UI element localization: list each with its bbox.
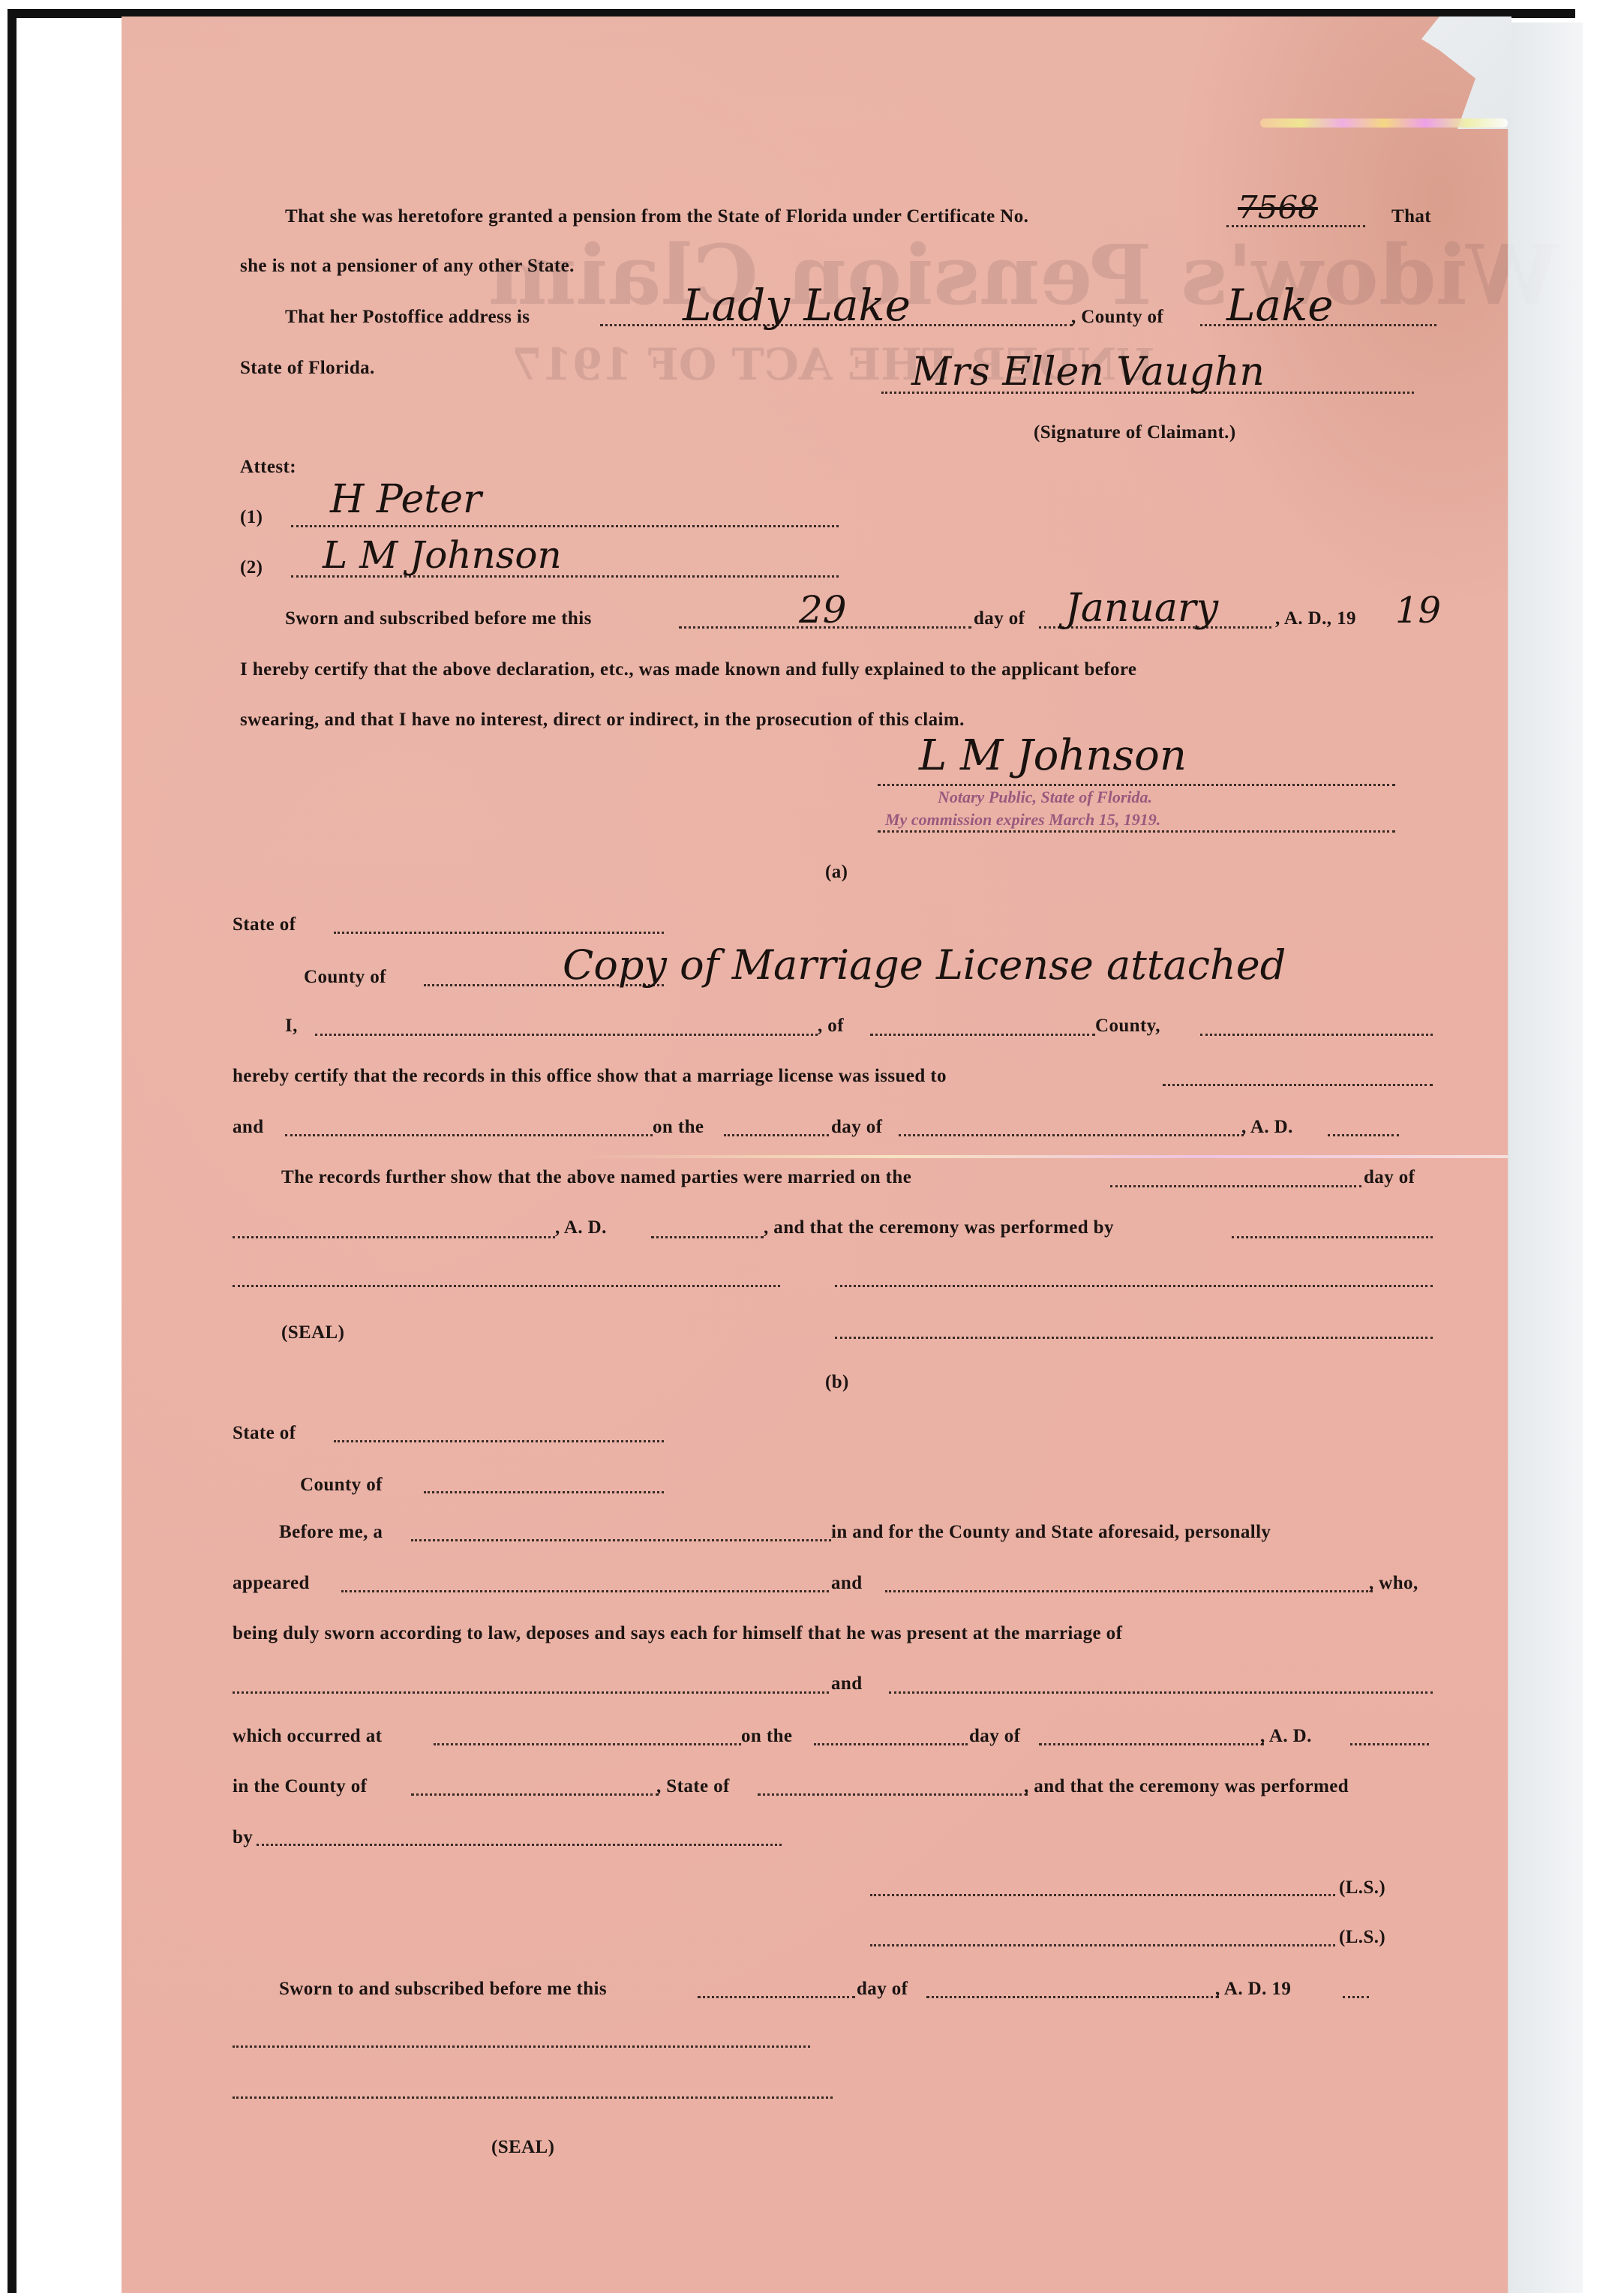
b-affiant-2-field: [885, 1590, 1373, 1592]
a-married-month-field: [233, 1236, 555, 1238]
a-year-field: [1328, 1134, 1399, 1136]
b-month-field: [1039, 1743, 1264, 1745]
sworn-prefix: Sworn and subscribed before me this: [285, 608, 592, 630]
section-a-heading: (a): [825, 861, 848, 884]
a-i-label: I,: [285, 1015, 298, 1037]
scan-glare: [1260, 119, 1508, 128]
witness-1-field: [291, 525, 839, 527]
b-county-field: [411, 1793, 659, 1796]
a-county-word: County,: [1095, 1015, 1160, 1037]
a-day-of-end: day of: [1364, 1166, 1415, 1189]
notary-stamp-commission: My commission expires March 15, 1919.: [885, 810, 1160, 830]
a-state-of-label: State of: [233, 914, 296, 936]
a-officiant-line-2: [835, 1285, 1433, 1287]
a-issued-to-field: [1163, 1084, 1433, 1086]
b-day-field: [814, 1743, 968, 1745]
a-state-of-field: [334, 932, 664, 934]
certificate-line-text: That she was heretofore granted a pensio…: [285, 206, 1028, 228]
witness-2-signature: L M Johnson: [323, 536, 562, 574]
b-and-label: and: [831, 1572, 863, 1595]
witness-1-number: (1): [240, 506, 263, 529]
a-month-field: [899, 1134, 1244, 1136]
a-records-further: The records further show that the above …: [281, 1166, 911, 1189]
a-day-of: day of: [831, 1116, 882, 1139]
b-by-label: by: [233, 1826, 253, 1849]
b-being-duly: being duly sworn according to law, depos…: [233, 1622, 1122, 1645]
b-ls-2: (L.S.): [1339, 1926, 1385, 1949]
a-and-label: and: [233, 1116, 264, 1139]
notary-signature: L M Johnson: [919, 735, 1187, 777]
certificate-no-value: 7568: [1238, 192, 1318, 224]
certificate-line-end: That: [1391, 206, 1431, 228]
b-sworn-ad19: , A. D. 19: [1215, 1978, 1291, 2000]
a-ad: , A. D.: [1241, 1116, 1293, 1139]
a-ceremony-text: , and that the ceremony was performed by: [764, 1217, 1114, 1239]
sworn-ad: , A. D., 19: [1275, 608, 1356, 630]
a-on-the: on the: [653, 1116, 704, 1139]
b-affiant-1-signature-line: [870, 1894, 1335, 1896]
claimant-signature: Mrs Ellen Vaughn: [911, 353, 1265, 392]
b-seal-label: (SEAL): [491, 2136, 554, 2159]
b-which-occurred: which occurred at: [233, 1725, 382, 1748]
a-of-label: , of: [818, 1015, 844, 1037]
b-sworn-to: Sworn to and subscribed before me this: [279, 1978, 607, 2000]
b-day-of: day of: [969, 1725, 1020, 1748]
b-officer-field: [411, 1539, 831, 1541]
attest-label: Attest:: [240, 456, 296, 479]
a-officiant-line-1: [233, 1285, 780, 1287]
b-year-field: [1350, 1743, 1429, 1745]
b-in-and-for: in and for the County and State aforesai…: [831, 1521, 1271, 1544]
b-appeared: appeared: [233, 1572, 310, 1595]
a-married-day-field: [1110, 1185, 1361, 1187]
county-label: , County of: [1071, 306, 1163, 329]
a-hereby-text: hereby certify that the records in this …: [233, 1065, 947, 1088]
b-ls-1: (L.S.): [1339, 1877, 1385, 1899]
sworn-month-value: January: [1065, 589, 1218, 628]
b-officer-signature-line: [233, 2045, 810, 2048]
b-officer-title-line: [233, 2096, 833, 2099]
b-who: , who,: [1369, 1572, 1418, 1595]
notary-stamp-title: Notary Public, State of Florida.: [938, 788, 1152, 807]
a-county-of-label: County of: [304, 966, 386, 989]
b-and-label-2: and: [831, 1673, 863, 1695]
b-state-of-field: [334, 1440, 664, 1442]
claimant-signature-label: (Signature of Claimant.): [1034, 422, 1236, 444]
notary-signature-line: [878, 784, 1395, 786]
a-married-year-field: [651, 1236, 764, 1238]
b-state-of-label: State of: [233, 1422, 296, 1445]
witness-2-number: (2): [240, 557, 263, 579]
not-pensioner-text: she is not a pensioner of any other Stat…: [240, 255, 575, 278]
a-state-name-field: [1200, 1034, 1433, 1036]
b-spouse-2-field: [889, 1691, 1433, 1694]
sworn-day-of: day of: [974, 608, 1025, 630]
a-county-name-field: [870, 1034, 1095, 1036]
b-ad: , A. D.: [1260, 1725, 1312, 1748]
postoffice-value: Lady Lake: [683, 284, 911, 327]
fold-crease: [585, 1155, 1508, 1158]
b-sworn-day-of: day of: [857, 1978, 908, 2000]
section-b-heading: (b): [825, 1371, 849, 1394]
reverse-title-ghost: Widow's Pension Claim: [489, 227, 1559, 323]
a-name-field: [315, 1034, 818, 1036]
a-and-field: [285, 1134, 653, 1136]
b-sworn-year-field: [1343, 1996, 1369, 1998]
b-state-field: [758, 1793, 1028, 1796]
sworn-year-value: 19: [1395, 593, 1441, 629]
b-before-me: Before me, a: [279, 1521, 383, 1544]
b-spouse-1-field: [233, 1691, 829, 1694]
b-state-of-2: , State of: [656, 1775, 730, 1798]
a-clerk-signature-line: [835, 1337, 1433, 1339]
a-day-field: [724, 1134, 829, 1136]
plastic-sleeve: [1508, 23, 1583, 2293]
b-on-the: on the: [741, 1725, 792, 1748]
a-performed-by-field: [1232, 1236, 1433, 1238]
certify-line-1: I hereby certify that the above declarat…: [240, 659, 1136, 681]
b-ceremony: , and that the ceremony was performed: [1024, 1775, 1349, 1798]
sworn-day-value: 29: [799, 591, 847, 629]
scan-frame-left: [8, 9, 17, 2293]
b-sworn-month-field: [926, 1996, 1219, 1998]
b-county-of-label: County of: [300, 1474, 383, 1496]
b-county-of-field: [424, 1491, 664, 1493]
b-in-county: in the County of: [233, 1775, 367, 1798]
notary-commission-line: [878, 830, 1395, 833]
a-ad2: , A. D.: [555, 1217, 607, 1239]
county-value: Lake: [1226, 284, 1334, 327]
b-affiant-1-field: [341, 1590, 829, 1592]
state-florida-label: State of Florida.: [240, 357, 375, 380]
a-seal-label: (SEAL): [281, 1322, 344, 1344]
b-place-field: [434, 1743, 741, 1745]
b-sworn-day-field: [698, 1996, 855, 1998]
postoffice-label: That her Postoffice address is: [285, 306, 530, 329]
b-by-field: [257, 1844, 782, 1846]
certify-line-2: swearing, and that I have no interest, d…: [240, 709, 965, 731]
b-affiant-2-signature-line: [870, 1944, 1335, 1946]
a-county-note: Copy of Marriage License attached: [563, 945, 1286, 986]
witness-1-signature: H Peter: [330, 480, 482, 519]
